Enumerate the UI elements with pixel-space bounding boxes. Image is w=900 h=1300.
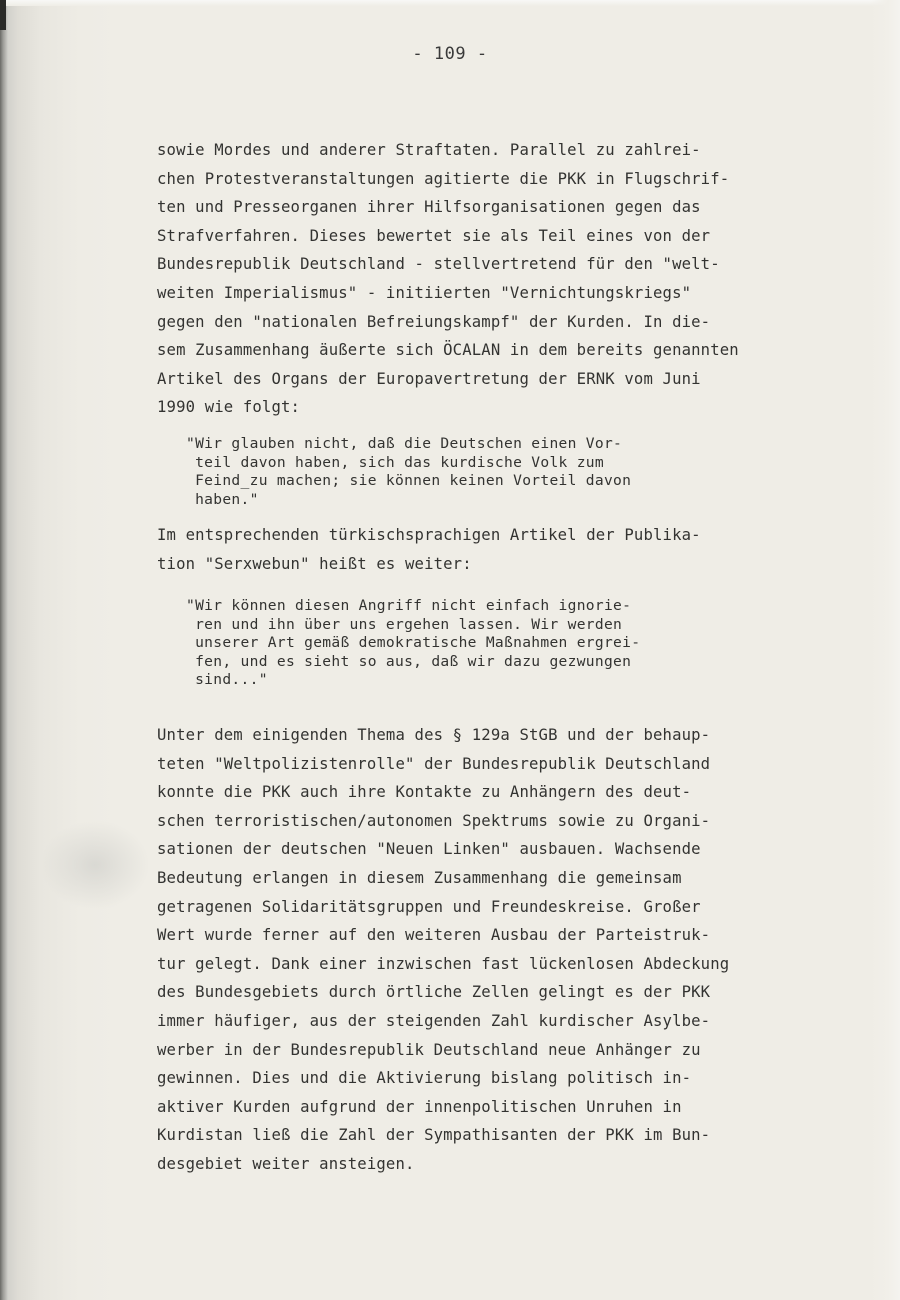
text-line: Wert wurde ferner auf den weiteren Ausba… [157, 921, 729, 950]
text-line: gegen den "nationalen Befreiungskampf" d… [157, 308, 739, 337]
text-line: aktiver Kurden aufgrund der innenpolitis… [157, 1093, 729, 1122]
scan-smudge [40, 820, 150, 910]
text-line: fen, und es sieht so aus, daß wir dazu g… [186, 653, 640, 672]
paragraph-2: Im entsprechenden türkischsprachigen Art… [157, 521, 701, 578]
text-line: werber in der Bundesrepublik Deutschland… [157, 1036, 729, 1065]
scanned-document-page: - 109 - sowie Mordes und anderer Strafta… [0, 0, 900, 1300]
paragraph-3: Unter dem einigenden Thema des § 129a St… [157, 721, 729, 1179]
text-line: Bedeutung erlangen in diesem Zusammenhan… [157, 864, 729, 893]
text-line: gewinnen. Dies und die Aktivierung bisla… [157, 1064, 729, 1093]
text-line: Unter dem einigenden Thema des § 129a St… [157, 721, 729, 750]
text-line: schen terroristischen/autonomen Spektrum… [157, 807, 729, 836]
text-line: teten "Weltpolizistenrolle" der Bundesre… [157, 750, 729, 779]
block-quote-2: "Wir können diesen Angriff nicht einfach… [186, 597, 640, 690]
text-line: Kurdistan ließ die Zahl der Sympathisant… [157, 1121, 729, 1150]
text-line: tur gelegt. Dank einer inzwischen fast l… [157, 950, 729, 979]
text-line: 1990 wie folgt: [157, 393, 739, 422]
page-right-edge [870, 0, 900, 1300]
page-number: - 109 - [0, 44, 900, 64]
text-line: Bundesrepublik Deutschland - stellvertre… [157, 250, 739, 279]
text-line: Artikel des Organs der Europavertretung … [157, 365, 739, 394]
text-line: Strafverfahren. Dieses bewertet sie als … [157, 222, 739, 251]
text-line: "Wir können diesen Angriff nicht einfach… [186, 597, 640, 616]
text-line: getragenen Solidaritätsgruppen und Freun… [157, 893, 729, 922]
text-line: sowie Mordes und anderer Straftaten. Par… [157, 136, 739, 165]
text-line: des Bundesgebiets durch örtliche Zellen … [157, 978, 729, 1007]
text-line: sationen der deutschen "Neuen Linken" au… [157, 835, 729, 864]
text-line: konnte die PKK auch ihre Kontakte zu Anh… [157, 778, 729, 807]
text-line: sem Zusammenhang äußerte sich ÖCALAN in … [157, 336, 739, 365]
block-quote-1: "Wir glauben nicht, daß die Deutschen ei… [186, 435, 631, 509]
text-line: Im entsprechenden türkischsprachigen Art… [157, 521, 701, 550]
text-line: unserer Art gemäß demokratische Maßnahme… [186, 634, 640, 653]
text-line: sind..." [186, 671, 640, 690]
text-line: "Wir glauben nicht, daß die Deutschen ei… [186, 435, 631, 454]
text-line: immer häufiger, aus der steigenden Zahl … [157, 1007, 729, 1036]
text-line: ten und Presseorganen ihrer Hilfsorganis… [157, 193, 739, 222]
text-line: ren und ihn über uns ergehen lassen. Wir… [186, 616, 640, 635]
text-line: tion "Serxwebun" heißt es weiter: [157, 550, 701, 579]
text-line: Feind_zu machen; sie können keinen Vorte… [186, 472, 631, 491]
text-line: haben." [186, 491, 631, 510]
text-line: teil davon haben, sich das kurdische Vol… [186, 454, 631, 473]
paragraph-1: sowie Mordes und anderer Straftaten. Par… [157, 136, 739, 422]
text-line: chen Protestveranstaltungen agitierte di… [157, 165, 739, 194]
text-line: desgebiet weiter ansteigen. [157, 1150, 729, 1179]
text-line: weiten Imperialismus" - initiierten "Ver… [157, 279, 739, 308]
